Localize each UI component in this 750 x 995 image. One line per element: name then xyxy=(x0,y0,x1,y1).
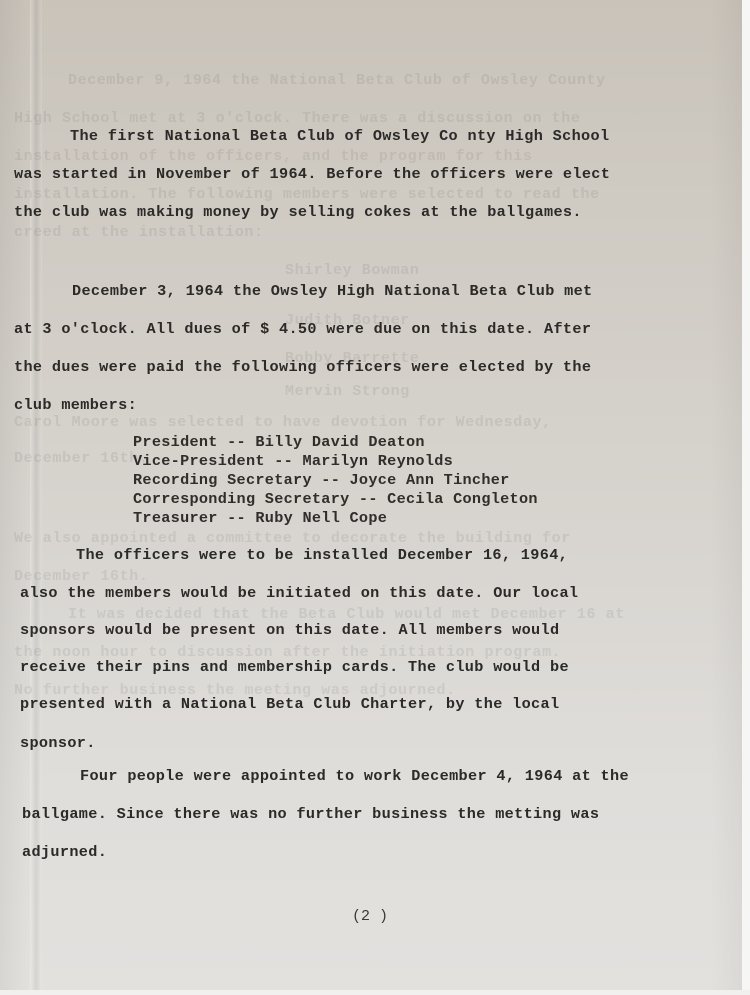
paragraph-3-line: sponsors would be present on this date. … xyxy=(20,621,559,639)
officer-president: President -- Billy David Deaton xyxy=(133,433,425,451)
paragraph-4-line: Four people were appointed to work Decem… xyxy=(80,767,629,785)
typewritten-page: December 9, 1964 the National Beta Club … xyxy=(0,0,742,990)
bleed-through-line: High School met at 3 o'clock. There was … xyxy=(14,110,581,127)
bleed-through-line: Shirley Bowman xyxy=(285,262,419,279)
bleed-through-line: installation. The following members were… xyxy=(14,186,600,203)
paragraph-1-line: was started in November of 1964. Before … xyxy=(14,165,610,183)
paragraph-3-line: presented with a National Beta Club Char… xyxy=(20,695,559,713)
paragraph-4-line: ballgame. Since there was no further bus… xyxy=(22,805,599,823)
bleed-through-line: creed at the installation: xyxy=(14,224,264,241)
officer-corresponding-secretary: Corresponding Secretary -- Cecila Congle… xyxy=(133,490,538,508)
photo-edge-right xyxy=(742,0,750,995)
paragraph-2-line: December 3, 1964 the Owsley High Nationa… xyxy=(72,282,593,300)
paragraph-2-line: at 3 o'clock. All dues of $ 4.50 were du… xyxy=(14,320,591,338)
paragraph-3-line: The officers were to be installed Decemb… xyxy=(76,546,568,564)
officer-vice-president: Vice-President -- Marilyn Reynolds xyxy=(133,452,453,470)
bleed-through-line: December 16th. xyxy=(14,450,148,467)
paragraph-1-line: The first National Beta Club of Owsley C… xyxy=(70,127,609,145)
page-number: (2 ) xyxy=(352,908,388,925)
bleed-through-line: installation of the officers, and the pr… xyxy=(14,148,532,165)
paragraph-3-line: sponsor. xyxy=(20,734,96,752)
paragraph-3-line: receive their pins and membership cards.… xyxy=(20,658,569,676)
bleed-through-line: Mervin Strong xyxy=(285,383,410,400)
bleed-through-line: December 9, 1964 the National Beta Club … xyxy=(68,72,606,89)
bleed-through-line: December 16th. xyxy=(14,568,148,585)
paragraph-3-line: also the members would be initiated on t… xyxy=(20,584,578,602)
officer-recording-secretary: Recording Secretary -- Joyce Ann Tincher xyxy=(133,471,510,489)
paragraph-2-line: club members: xyxy=(14,396,137,414)
paragraph-2-line: the dues were paid the following officer… xyxy=(14,358,591,376)
photo-edge-bottom xyxy=(0,990,750,995)
paragraph-1-line: the club was making money by selling cok… xyxy=(14,203,582,221)
paragraph-4-line: adjurned. xyxy=(22,843,107,861)
bleed-through-line: We also appointed a committee to decorat… xyxy=(14,530,571,547)
officer-treasurer: Treasurer -- Ruby Nell Cope xyxy=(133,509,387,527)
bleed-through-line: Carol Moore was selected to have devotio… xyxy=(14,414,552,431)
